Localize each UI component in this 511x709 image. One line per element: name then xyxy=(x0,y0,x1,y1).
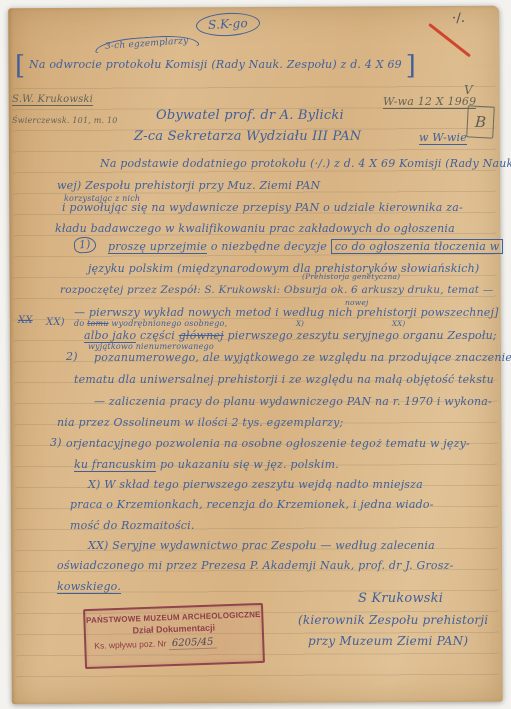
inserted-note: do tomu wyodrębnionego osobnego, xyxy=(74,319,227,328)
margin-mark-struck: XX xyxy=(18,315,33,326)
footnote-line: praca o Krzemionkach, recenzja do Krzemi… xyxy=(70,498,434,511)
item2-marker: 2) xyxy=(66,350,78,363)
addressee-name: Obywatel prof. dr A. Bylicki xyxy=(156,108,344,123)
item3-line2: ku francuskim po ukazaniu się w jęz. pol… xyxy=(74,458,339,471)
alt-clause-line: albo jako części głównej pierwszego zesz… xyxy=(84,329,497,342)
footnote-line: kowskiego. xyxy=(57,580,121,594)
item1-boxed-phrase: co do ogłoszenia tłoczenia w xyxy=(331,239,504,254)
initials-circle: S.K-go xyxy=(195,11,260,37)
sender-address: Świerczewsk. 101, m. 10 xyxy=(12,116,118,125)
bracket-open: [ xyxy=(15,51,25,81)
bracket-close: ] xyxy=(406,51,416,81)
margin-mark: XX) xyxy=(46,317,65,328)
inserted-note: wyjątkowo nienumerowanego xyxy=(88,342,214,351)
item1-marker: 1) xyxy=(74,237,96,253)
body-line: — zaliczenia pracy do planu wydawniczego… xyxy=(94,395,492,408)
stamp-register-line: Ks. wpływu poz. Nr 6205/45 xyxy=(86,635,262,652)
signature-role-line1: (kierownik Zespołu prehistorji xyxy=(298,613,488,627)
body-line: pozanumerowego, ale wyjątkowego ze wzglę… xyxy=(94,351,511,364)
verso-note: [ Na odwrocie protokołu Komisji (Rady Na… xyxy=(15,56,416,76)
scanned-letter: S.K-go 3-ch egzemplarzy [ Na odwrocie pr… xyxy=(0,0,511,709)
addressee-city: w W-wie xyxy=(419,131,467,145)
footnote-mark-x: X) xyxy=(296,320,304,328)
copies-note: 3-ch egzemplarzy xyxy=(95,37,199,52)
signature-name: S Krukowski xyxy=(358,591,443,606)
footnote-line: XX) Seryjne wydawnictwo prac Zespołu — w… xyxy=(88,539,435,552)
item1-line1: proszę uprzejmie o niezbędne decyzje co … xyxy=(108,240,503,253)
body-line: orjentacyjnego pozwolenia na osobne ogło… xyxy=(66,437,470,450)
body-line: wej) Zespołu prehistorji przy Muz. Ziemi… xyxy=(57,179,320,192)
boxed-initial: B xyxy=(466,105,495,138)
body-line: tematu dla uniwersalnej prehistorji i ze… xyxy=(74,373,494,386)
body-line: języku polskim (międzynarodowym dla preh… xyxy=(88,262,479,275)
place-date: W-wa 12 X 1969 xyxy=(383,95,476,109)
footnote-line: oświadczonego mi przez Prezesa P. Akadem… xyxy=(57,559,453,572)
museum-accession-stamp: PAŃSTWOWE MUZEUM ARCHEOLOGICZNE Dział Do… xyxy=(83,603,265,669)
body-line: kładu badawczego w kwalifikowaniu prac z… xyxy=(55,222,455,235)
footnote-line: X) W skład tego pierwszego zeszytu wejdą… xyxy=(88,478,423,491)
item1-underlined: proszę uprzejmie xyxy=(108,240,207,254)
item3-marker: 3) xyxy=(50,436,62,449)
verso-note-text: Na odwrocie protokołu Komisji (Rady Nauk… xyxy=(29,58,402,71)
sender-name: S.W. Krukowski xyxy=(12,94,93,106)
addressee-title: Z-ca Sekretarza Wydziału III PAN xyxy=(134,129,361,144)
footnote-mark-xx: XX) xyxy=(392,320,405,328)
percent-mark: ·/. xyxy=(452,11,465,26)
footnote-line: mość do Rozmaitości. xyxy=(70,519,195,532)
body-line: nia przez Ossolineum w ilości 2 tys. egz… xyxy=(57,416,343,429)
body-line: rozpoczętej przez Zespół: S. Krukowski: … xyxy=(60,284,493,296)
body-line: Na podstawie dodatniego protokołu (·/.) … xyxy=(100,157,511,170)
stamp-accession-number: 6205/45 xyxy=(169,637,217,651)
circled-initials: S.K-go xyxy=(196,13,260,36)
signature-role-line2: przy Muzeum Ziemi PAN) xyxy=(308,634,468,648)
inserted-note: (Prehistorja genetyczna) xyxy=(302,272,400,281)
body-line: i powołując się na wydawnicze przepisy P… xyxy=(62,201,463,214)
body-line: — pierwszy wykład nowych metod i według … xyxy=(74,306,499,319)
